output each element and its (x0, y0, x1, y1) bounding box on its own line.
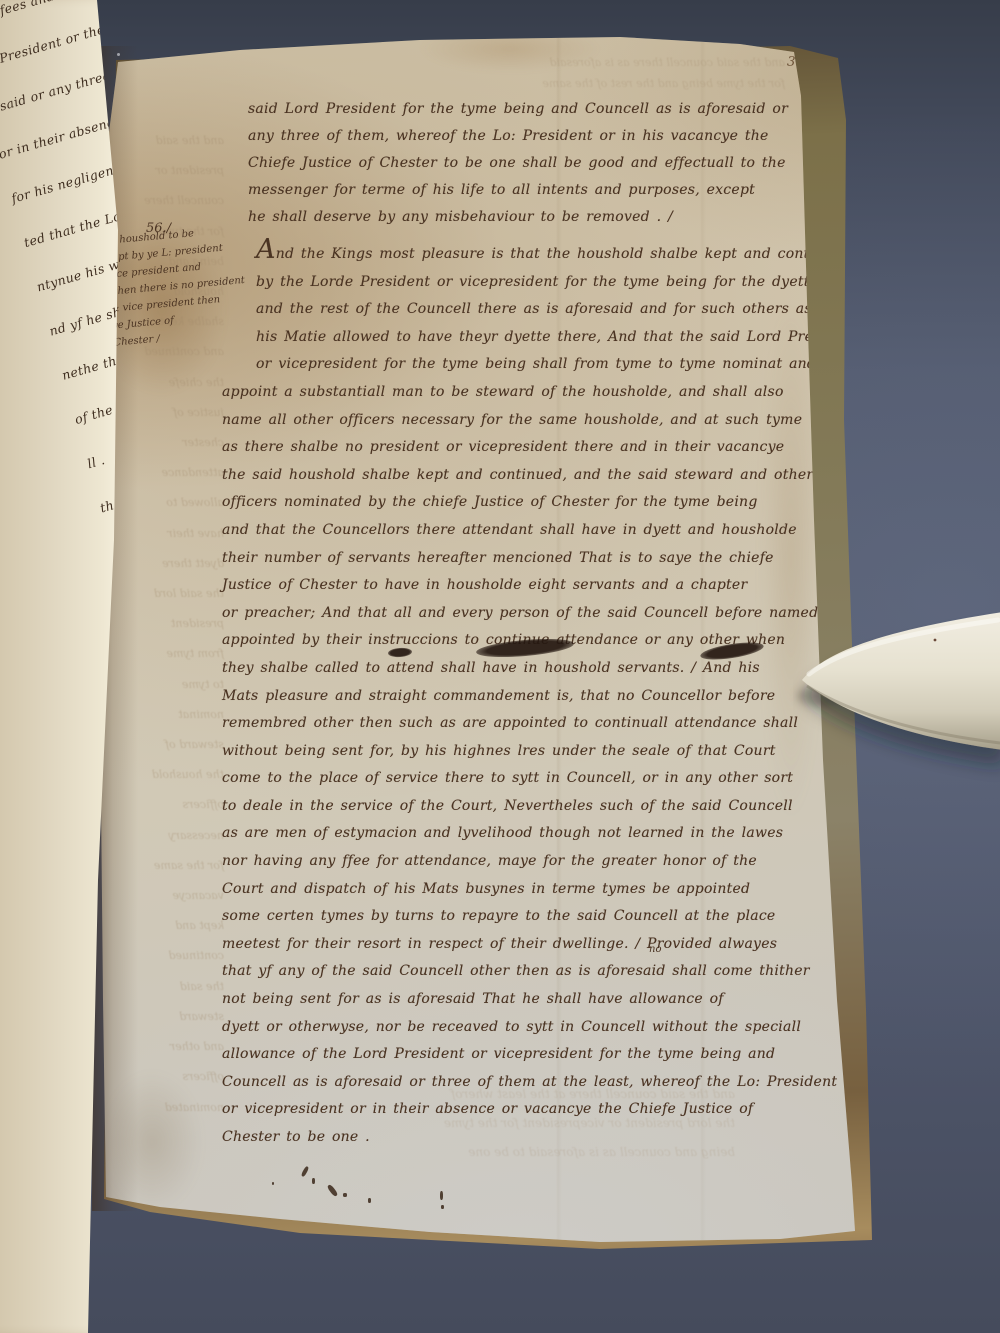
bone-folder-page-weight (793, 592, 1000, 792)
ink-spot (312, 1178, 315, 1184)
ink-spot (272, 1182, 274, 1185)
show-through-text: and the said councell there as is afores… (255, 52, 785, 94)
manuscript-line: Councell as is aforesaid or three of the… (222, 1069, 899, 1097)
show-through-line: dyett there (94, 549, 224, 579)
show-through-line: the houshold (94, 760, 224, 790)
show-through-line: for the same (94, 851, 224, 881)
opening-paragraph: said Lord President for the tyme being a… (248, 96, 788, 231)
show-through-line: nominated (94, 1093, 224, 1123)
manuscript-line: the said houshold shalbe kept and contin… (222, 462, 899, 490)
manuscript-line: appoint a substantiall man to be steward… (222, 379, 899, 407)
show-through-line: kept and (94, 911, 224, 941)
manuscript-line: some certen tymes by turns to repayre to… (222, 903, 899, 931)
ink-spot (327, 1184, 339, 1197)
show-through-line: and other (94, 1032, 224, 1062)
show-through-line: steward (94, 1002, 224, 1032)
dust-speck (117, 53, 120, 56)
manuscript-line: any three of them, whereof the Lo: Presi… (248, 123, 788, 150)
show-through-line: nominat (94, 700, 224, 730)
bone-folder-speck (934, 639, 937, 642)
show-through-line: steward of (94, 730, 224, 760)
ink-spot (301, 1166, 310, 1178)
show-through-line: president (94, 609, 224, 639)
show-through-line: necessary (94, 821, 224, 851)
manuscript-line: or vicepresident for the tyme being shal… (222, 351, 899, 379)
show-through-line: for the tyme being and the rest of the s… (255, 73, 785, 94)
bone-folder-body (802, 612, 1000, 750)
manuscript-line: name all other officers necessary for th… (222, 407, 899, 435)
manuscript-line: meetest for their resort in respect of t… (222, 931, 899, 959)
manuscript-line: Chiefe Justice of Chester to be one shal… (248, 150, 788, 177)
interlinear-insertion: no (649, 944, 661, 955)
manuscript-line: he shall deserve by any misbehaviour to … (248, 204, 788, 231)
ink-spot (368, 1198, 371, 1203)
manuscript-line: messenger for terme of his life to all i… (248, 177, 788, 204)
manuscript-line: and that the Councellors there attendant… (222, 517, 899, 545)
manuscript-line: by the Lorde President or vicepresident … (222, 269, 899, 297)
show-through-line: the said lord (94, 579, 224, 609)
manuscript-line: dyett or otherwyse, nor be receaved to s… (222, 1014, 899, 1042)
manuscript-line: allowance of the Lord President or vicep… (222, 1041, 899, 1069)
show-through-line: from tyme (94, 639, 224, 669)
ink-spot (440, 1191, 443, 1200)
show-through-line: to tyme (94, 670, 224, 700)
manuscript-line: And the Kings most pleasure is that the … (222, 240, 899, 269)
show-through-line: and the said councell there as is afores… (255, 52, 785, 73)
manuscript-line: and the rest of the Councell there as is… (222, 296, 899, 324)
ink-spot (343, 1193, 347, 1197)
show-through-line: the said (94, 972, 224, 1002)
show-through-line: officers (94, 790, 224, 820)
show-through-line: and the said (94, 126, 224, 156)
manuscript-line: as there shalbe no president or vicepres… (222, 434, 899, 462)
manuscript-line: Court and dispatch of his Mats busynes i… (222, 876, 899, 904)
ink-spot (441, 1205, 444, 1209)
show-through-line: vacancye (94, 881, 224, 911)
manuscript-line: not being sent for as is aforesaid That … (222, 986, 899, 1014)
manuscript-line: Chester to be one . (222, 1124, 899, 1152)
show-through-line: continued (94, 941, 224, 971)
manuscript-line: officers nominated by the chiefe Justice… (222, 489, 899, 517)
manuscript-line: to deale in the service of the Court, Ne… (222, 793, 899, 821)
manuscript-line: said Lord President for the tyme being a… (248, 96, 788, 123)
manuscript-line: as are men of estymacion and lyvelihood … (222, 820, 899, 848)
manuscript-line: his Matie allowed to have theyr dyette t… (222, 324, 899, 352)
manuscript-line: or vicepresident or in their absence or … (222, 1096, 899, 1124)
stain (102, 1072, 202, 1212)
manuscript-line: their number of servants hereafter menci… (222, 545, 899, 573)
manuscript-line: nor having any ffee for attendance, maye… (222, 848, 899, 876)
show-through-line: officers (94, 1062, 224, 1092)
manuscript-line: that yf any of the said Councell other t… (222, 958, 899, 986)
